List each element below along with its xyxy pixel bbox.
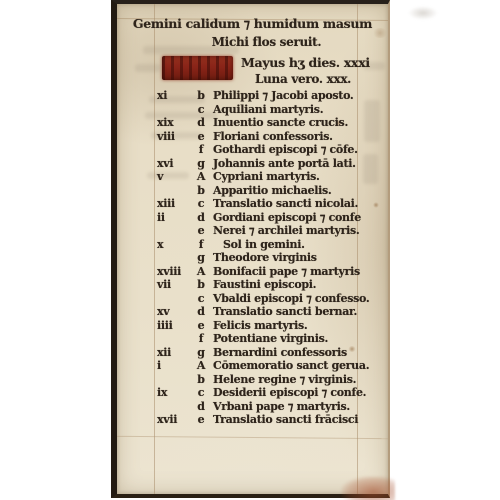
stain-bottom-right	[341, 476, 395, 500]
feast-text: Bonifacii pape ⁊ martyris	[213, 265, 360, 278]
feast-text: Bernardini confessoris	[213, 346, 347, 359]
dominical-letter: d	[191, 400, 211, 413]
calendar-row: d Vrbani pape ⁊ martyris.	[117, 400, 388, 414]
dominical-letter: d	[191, 116, 211, 129]
calendar-row: xviii A Bonifacii pape ⁊ martyris	[117, 265, 388, 279]
calendar-row: e Nerei ⁊ archilei martyris.	[117, 224, 388, 238]
feast-text: Translatio sancti nicolai.	[213, 197, 358, 210]
feast-text: Helene regine ⁊ virginis.	[213, 373, 356, 386]
zodiac-verse-line: Gemini calidum ⁊ humidum masum	[117, 16, 388, 31]
golden-number: xii	[117, 346, 191, 359]
golden-number: viii	[117, 130, 191, 143]
golden-number: xvi	[117, 157, 191, 170]
bleedthrough-ghost	[135, 64, 161, 72]
feast-text: Faustini episcopi.	[213, 278, 316, 291]
dominical-letter: c	[191, 386, 211, 399]
calendar-row: b Apparitio michaelis.	[117, 184, 388, 198]
feast-text: Philippi ⁊ Jacobi aposto.	[213, 89, 353, 102]
feast-text: Vrbani pape ⁊ martyris.	[213, 400, 350, 413]
dominical-letter: b	[191, 184, 211, 197]
calendar-row: g Theodore virginis	[117, 251, 388, 265]
feast-text: Aquiliani martyris.	[213, 103, 323, 116]
feast-text: Inuentio sancte crucis.	[213, 116, 348, 129]
feast-text: Sol in gemini.	[223, 238, 305, 251]
feast-text: Theodore virginis	[213, 251, 317, 264]
motto-line: Michi flos seruit.	[131, 35, 402, 49]
background-smudge	[408, 6, 438, 20]
feast-text: Nerei ⁊ archilei martyris.	[213, 224, 359, 237]
dominical-letter: A	[191, 170, 211, 183]
calendar-row: v A Cypriani martyris.	[117, 170, 388, 184]
kl-initial-stamp	[162, 56, 233, 80]
golden-number: ix	[117, 386, 191, 399]
dominical-letter: f	[191, 143, 211, 156]
calendar-row: xix d Inuentio sancte crucis.	[117, 116, 388, 130]
golden-number: xv	[117, 305, 191, 318]
calendar-row: viii e Floriani confessoris.	[117, 130, 388, 144]
golden-number: ii	[117, 211, 191, 224]
dominical-letter: g	[191, 251, 211, 264]
calendar-row: i A Cōmemoratio sanct gerua.	[117, 359, 388, 373]
calendar-row: x f Sol in gemini.	[117, 238, 388, 252]
golden-number: xix	[117, 116, 191, 129]
feast-text: Translatio sancti bernar.	[213, 305, 357, 318]
dominical-letter: g	[191, 346, 211, 359]
calendar-row: xiii c Translatio sancti nicolai.	[117, 197, 388, 211]
calendar-row: ix c Desiderii episcopi ⁊ confe.	[117, 386, 388, 400]
calendar-row: xv d Translatio sancti bernar.	[117, 305, 388, 319]
feast-text: Cypriani martyris.	[213, 170, 320, 183]
ruled-line-horizontal-bottom	[117, 436, 388, 439]
calendar-leaf: Gemini calidum ⁊ humidum masum Michi flo…	[111, 0, 390, 498]
golden-number: xiii	[117, 197, 191, 210]
calendar-row: xvii e Translatio sancti frācisci	[117, 413, 388, 427]
dominical-letter: g	[191, 157, 211, 170]
feast-text: Translatio sancti frācisci	[213, 413, 358, 426]
dominical-letter: A	[191, 359, 211, 372]
dominical-letter: b	[191, 89, 211, 102]
calendar-row: xvi g Johannis ante portā lati.	[117, 157, 388, 171]
month-days-line: Mayus hʒ dies. xxxi	[241, 55, 370, 70]
feast-text: Desiderii episcopi ⁊ confe.	[213, 386, 366, 399]
feast-text: Vbaldi episcopi ⁊ confesso.	[213, 292, 369, 305]
golden-number: x	[117, 238, 191, 251]
feast-text: Cōmemoratio sanct gerua.	[213, 359, 369, 372]
calendar-row: c Aquiliani martyris.	[117, 103, 388, 117]
feast-text: Apparitio michaelis.	[213, 184, 331, 197]
feast-text: Gordiani episcopi ⁊ confe	[213, 211, 361, 224]
golden-number: v	[117, 170, 191, 183]
calendar-row: vii b Faustini episcopi.	[117, 278, 388, 292]
calendar-row: xi b Philippi ⁊ Jacobi aposto.	[117, 89, 388, 103]
calendar-row: f Gothardi episcopi ⁊ cōfe.	[117, 143, 388, 157]
dominical-letter: d	[191, 305, 211, 318]
dominical-letter: e	[191, 130, 211, 143]
calendar-row: f Potentiane virginis.	[117, 332, 388, 346]
calendar-row: c Vbaldi episcopi ⁊ confesso.	[117, 292, 388, 306]
calendar-row: iiii e Felicis martyris.	[117, 319, 388, 333]
dominical-letter: b	[191, 373, 211, 386]
golden-number: xvii	[117, 413, 191, 426]
dominical-letter: f	[191, 238, 211, 251]
feast-text: Potentiane virginis.	[213, 332, 328, 345]
dominical-letter: e	[191, 413, 211, 426]
golden-number: xi	[117, 89, 191, 102]
calendar-row: ii d Gordiani episcopi ⁊ confe	[117, 211, 388, 225]
screenshot-canvas: Gemini calidum ⁊ humidum masum Michi flo…	[0, 0, 500, 500]
dominical-letter: A	[191, 265, 211, 278]
dominical-letter: c	[191, 292, 211, 305]
golden-number: vii	[117, 278, 191, 291]
dominical-letter: b	[191, 278, 211, 291]
calendar-row: xii g Bernardini confessoris	[117, 346, 388, 360]
golden-number: xviii	[117, 265, 191, 278]
dominical-letter: d	[191, 211, 211, 224]
dominical-letter: c	[191, 103, 211, 116]
feast-text: Floriani confessoris.	[213, 130, 333, 143]
dominical-letter: c	[191, 197, 211, 210]
golden-number: i	[117, 359, 191, 372]
feast-text: Felicis martyris.	[213, 319, 307, 332]
dominical-letter: f	[191, 332, 211, 345]
luna-line: Luna vero. xxx.	[255, 72, 351, 86]
calendar-rows: xi b Philippi ⁊ Jacobi aposto. c Aquilia…	[117, 89, 388, 427]
calendar-row: b Helene regine ⁊ virginis.	[117, 373, 388, 387]
feast-text: Johannis ante portā lati.	[213, 157, 356, 170]
dominical-letter: e	[191, 224, 211, 237]
dominical-letter: e	[191, 319, 211, 332]
feast-text: Gothardi episcopi ⁊ cōfe.	[213, 143, 358, 156]
golden-number: iiii	[117, 319, 191, 332]
